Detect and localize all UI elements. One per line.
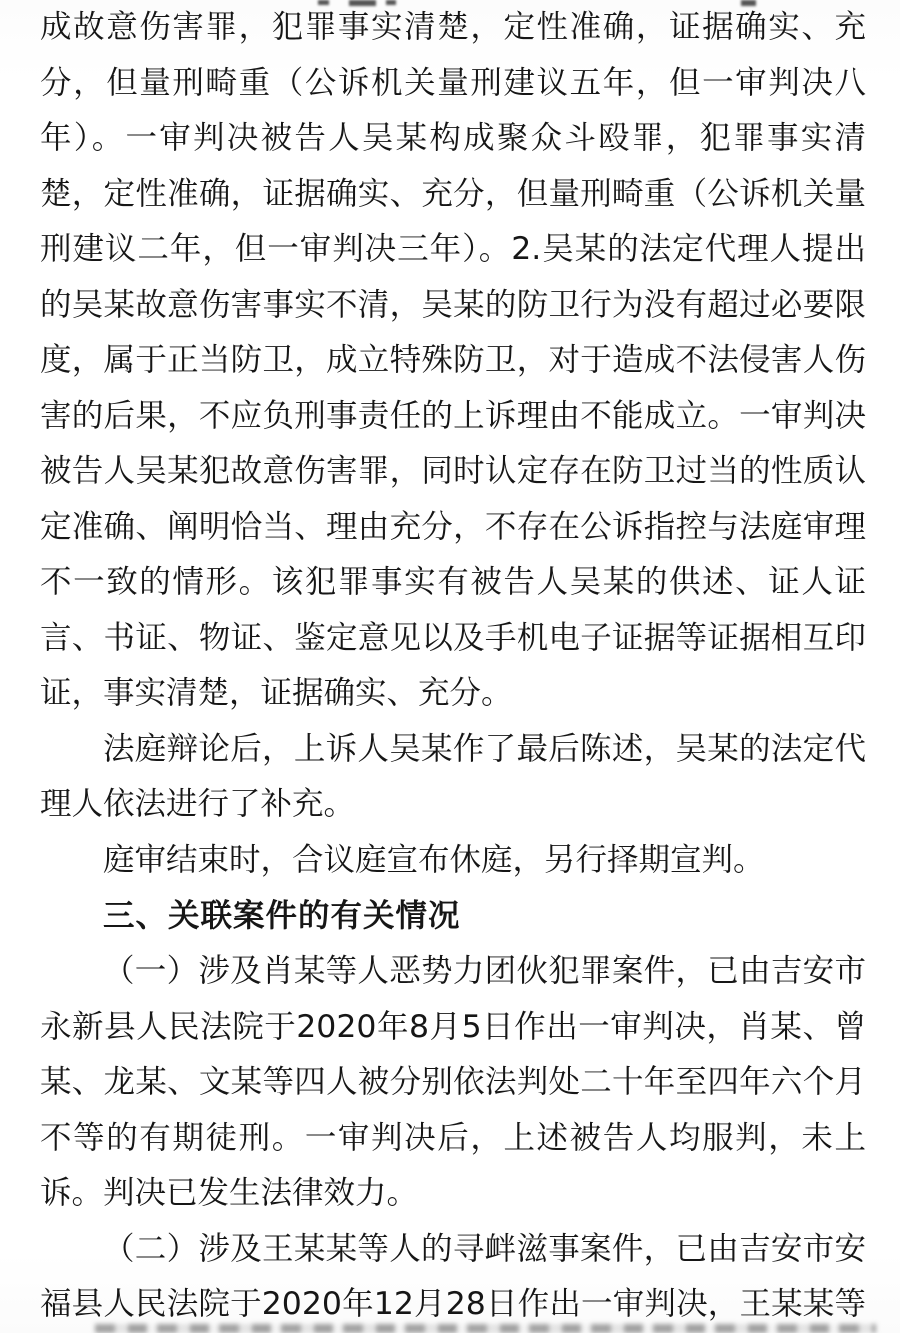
text-line: 分，但量刑畸重（公诉机关量刑建议五年，但一审判决八 [40,56,866,112]
text-line: 庭审结束时，合议庭宣布休庭，另行择期宣判。 [40,833,866,889]
text-line: 言、书证、物证、鉴定意见以及手机电子证据等证据相互印 [40,611,866,667]
text-line: 法庭辩论后，上诉人吴某作了最后陈述，吴某的法定代 [40,722,866,778]
text-line: （一）涉及肖某等人恶势力团伙犯罪案件，已由吉安市 [40,944,866,1000]
text-line: 的吴某故意伤害事实不清，吴某的防卫行为没有超过必要限 [40,278,866,334]
text-line: 永新县人民法院于2020年8月5日作出一审判决，肖某、曾 [40,1000,866,1056]
text-line: 诉。判决已发生法律效力。 [40,1166,866,1222]
text-line: 楚，定性准确，证据确实、充分，但量刑畸重（公诉机关量 [40,167,866,223]
document-page: 成故意伤害罪，犯罪事实清楚，定性准确，证据确实、充分，但量刑畸重（公诉机关量刑建… [0,0,900,1333]
text-line: （二）涉及王某某等人的寻衅滋事案件，已由吉安市安 [40,1222,866,1278]
photo-artifact-bottom-blur [95,1324,876,1333]
text-line: 理人依法进行了补充。 [40,777,866,833]
text-line: 不一致的情形。该犯罪事实有被告人吴某的供述、证人证 [40,555,866,611]
text-line: 度，属于正当防卫，成立特殊防卫，对于造成不法侵害人伤 [40,333,866,389]
text-line: 成故意伤害罪，犯罪事实清楚，定性准确，证据确实、充 [40,0,866,56]
section-heading: 三、关联案件的有关情况 [40,889,866,945]
text-line: 害的后果，不应负刑事责任的上诉理由不能成立。一审判决 [40,389,866,445]
text-line: 定准确、阐明恰当、理由充分，不存在公诉指控与法庭审理 [40,500,866,556]
text-line: 某、龙某、文某等四人被分别依法判处二十年至四年六个月 [40,1055,866,1111]
text-line: 证，事实清楚，证据确实、充分。 [40,666,866,722]
document-body: 成故意伤害罪，犯罪事实清楚，定性准确，证据确实、充分，但量刑畸重（公诉机关量刑建… [40,0,866,1333]
text-line: 被告人吴某犯故意伤害罪，同时认定存在防卫过当的性质认 [40,444,866,500]
text-line: 不等的有期徒刑。一审判决后，上述被告人均服判，未上 [40,1111,866,1167]
text-line: 刑建议二年，但一审判决三年）。2.吴某的法定代理人提出 [40,222,866,278]
text-line: 年）。一审判决被告人吴某构成聚众斗殴罪，犯罪事实清 [40,111,866,167]
